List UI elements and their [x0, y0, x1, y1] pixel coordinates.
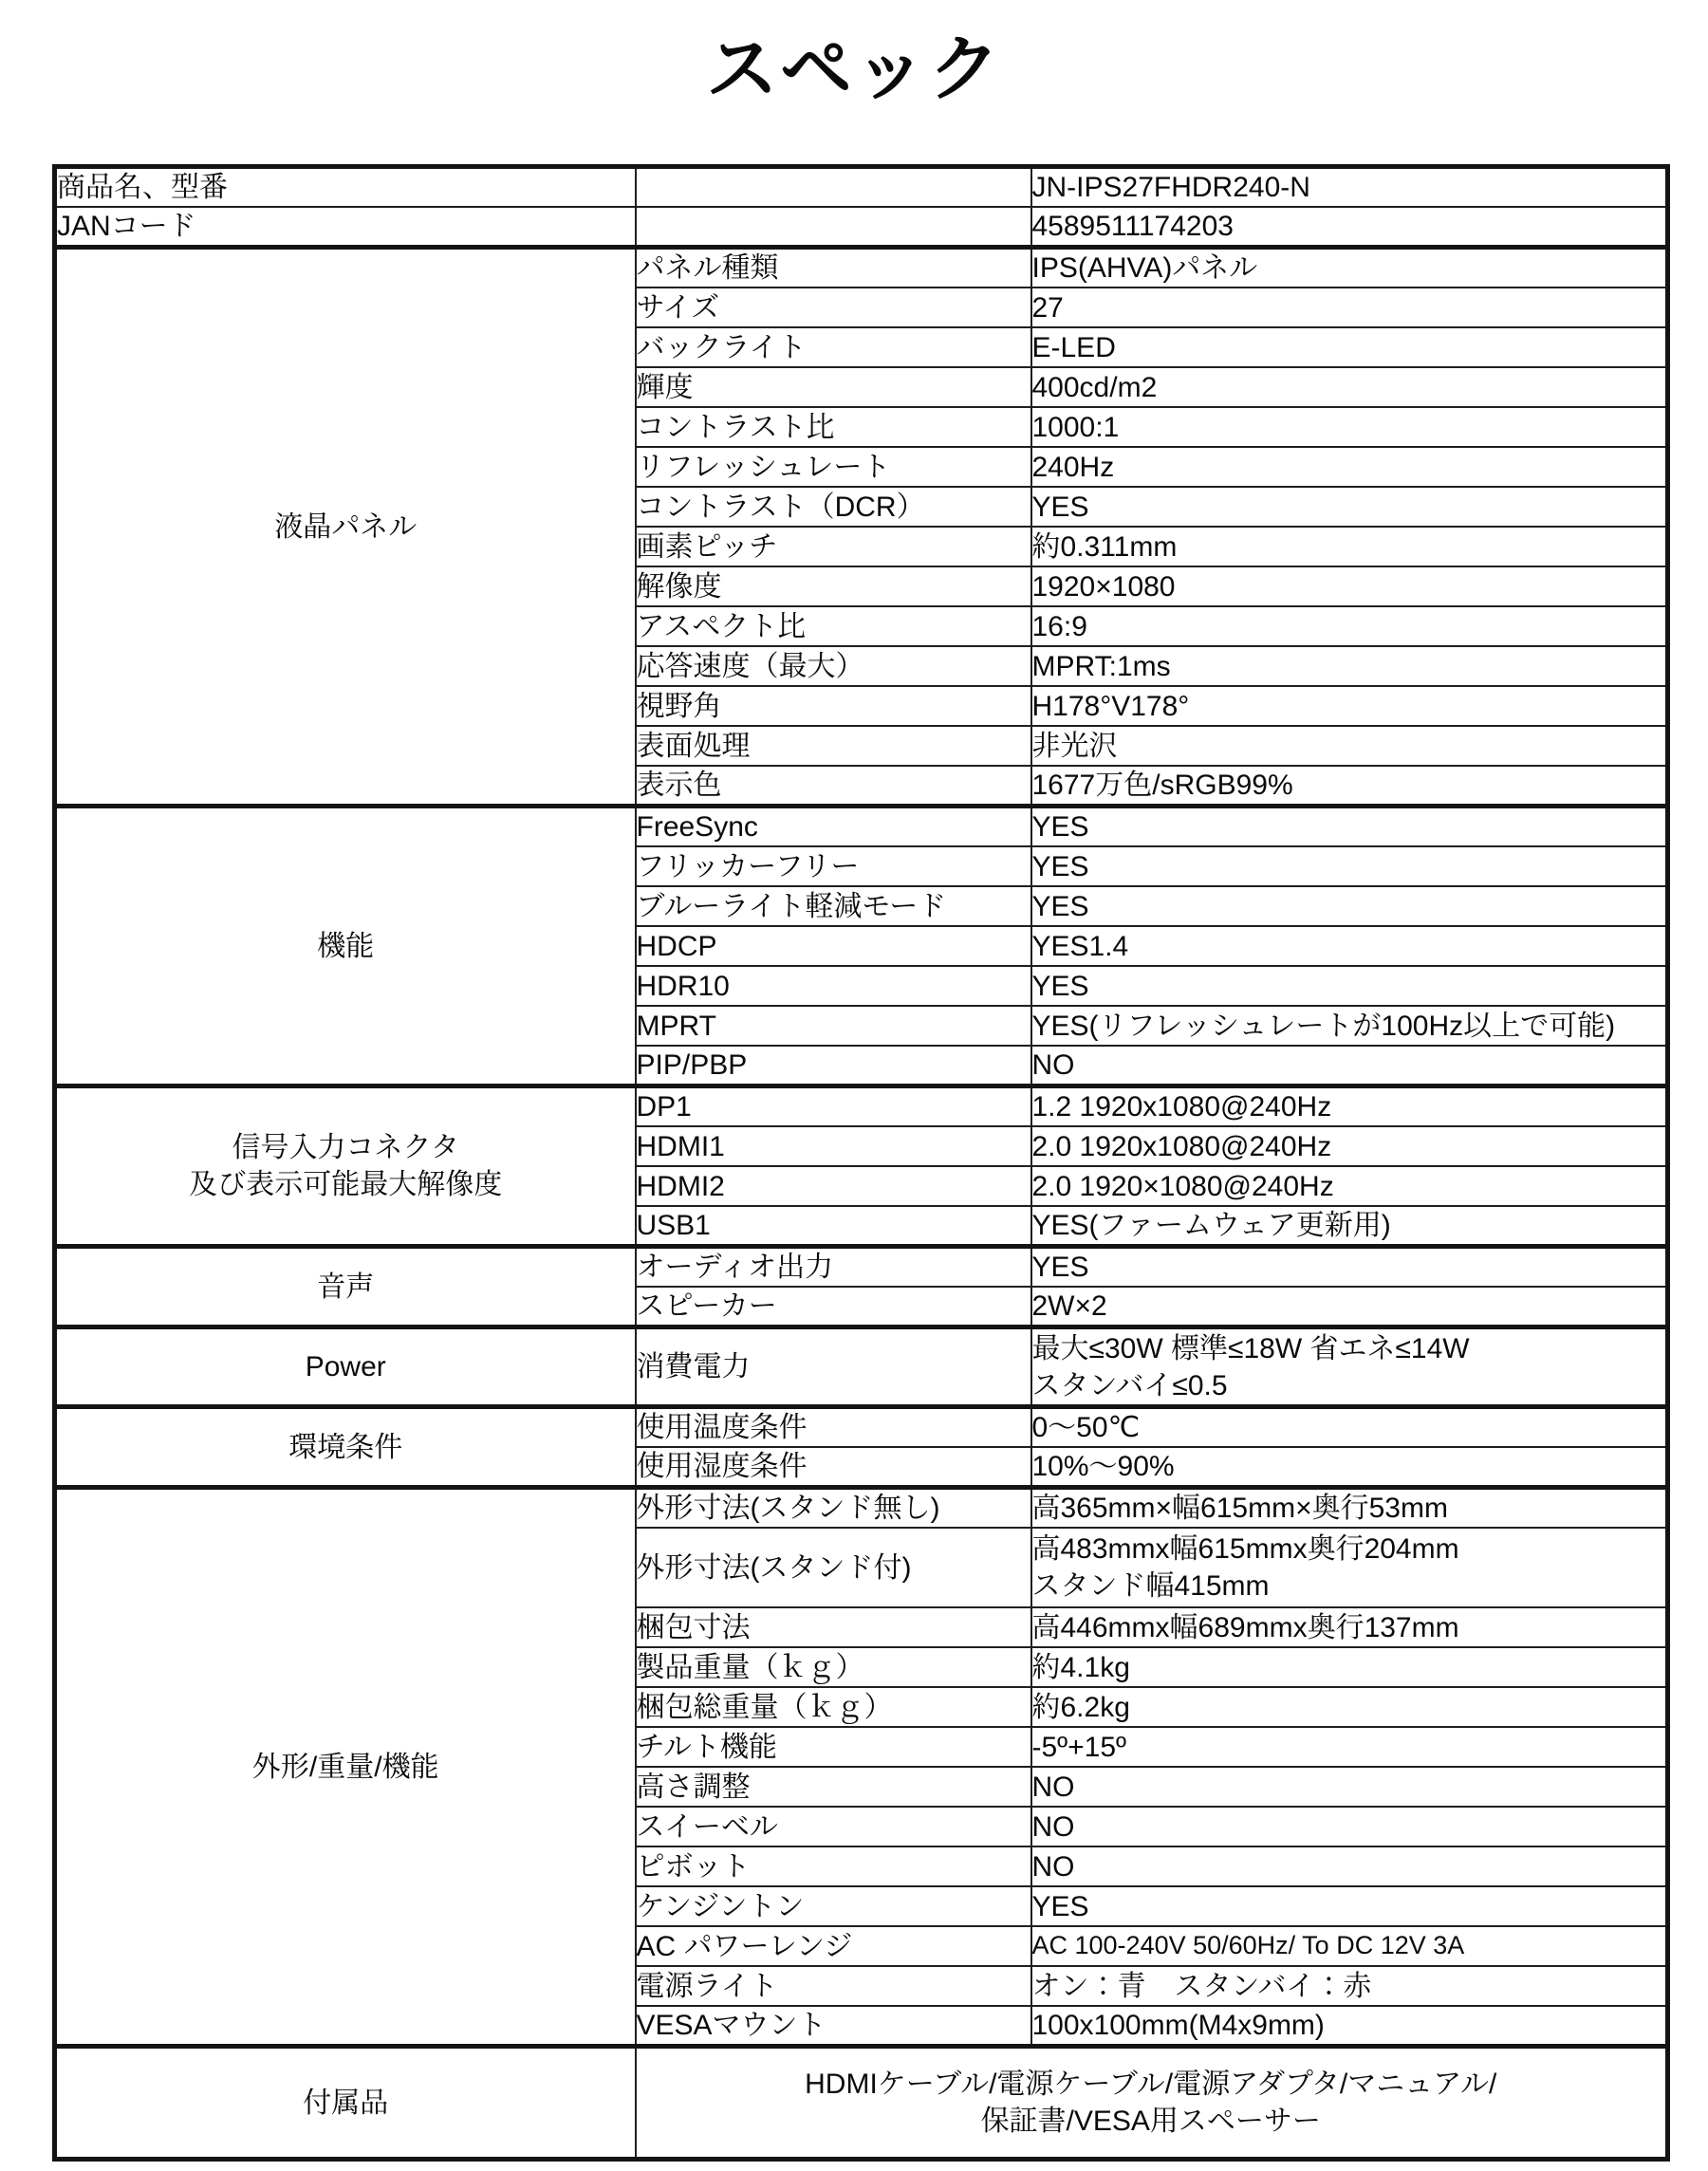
spec-value-cell: オン：青 スタンバイ：赤 [1031, 1966, 1668, 2006]
spec-category-cell: 付属品 [55, 2047, 636, 2160]
spec-table: 商品名、型番JN-IPS27FHDR240-NJANコード45895111742… [52, 164, 1670, 2162]
spec-sheet: スペック 商品名、型番JN-IPS27FHDR240-NJANコード458951… [0, 0, 1708, 2171]
spec-value-cell: NO [1031, 1846, 1668, 1886]
spec-attr-cell: リフレッシュレート [636, 447, 1031, 487]
spec-value-cell: 1.2 1920x1080@240Hz [1031, 1086, 1668, 1127]
spec-value-cell: YES [1031, 487, 1668, 527]
spec-attr-cell: HDMI1 [636, 1126, 1031, 1166]
spec-attr-cell: 商品名、型番 [55, 167, 636, 208]
spec-attr-cell: 表示色 [636, 766, 1031, 807]
spec-value-cell: 最大≤30W 標準≤18W 省エネ≤14W スタンバイ≤0.5 [1031, 1327, 1668, 1407]
spec-value-cell: -5º+15º [1031, 1727, 1668, 1767]
spec-row: 外形/重量/機能外形寸法(スタンド無し)高365mm×幅615mm×奥行53mm [55, 1488, 1668, 1529]
spec-value-cell: 約6.2kg [1031, 1687, 1668, 1727]
spec-value-cell: 0～50℃ [1031, 1407, 1668, 1448]
spec-value-cell: 16:9 [1031, 606, 1668, 646]
spec-value-cell: YES1.4 [1031, 926, 1668, 966]
spec-attr-cell: 輝度 [636, 367, 1031, 407]
spec-attr-cell: FreeSync [636, 807, 1031, 847]
spec-category-cell: 機能 [55, 807, 636, 1086]
spec-attr-cell: 使用温度条件 [636, 1407, 1031, 1448]
spec-attr-cell: 表面処理 [636, 726, 1031, 766]
spec-attr-cell: AC パワーレンジ [636, 1926, 1031, 1966]
spec-attr-cell: JANコード [55, 207, 636, 248]
spec-value-cell: 27 [1031, 288, 1668, 327]
spec-attr-cell: サイズ [636, 288, 1031, 327]
spec-attr-cell: パネル種類 [636, 248, 1031, 288]
spec-value-cell: 100x100mm(M4x9mm) [1031, 2006, 1668, 2047]
spec-value-cell: YES [1031, 1886, 1668, 1926]
spec-attr-cell: 消費電力 [636, 1327, 1031, 1407]
spec-value-cell: 約0.311mm [1031, 527, 1668, 566]
spec-row: 液晶パネルパネル種類IPS(AHVA)パネル [55, 248, 1668, 288]
spec-attr-cell: 高さ調整 [636, 1767, 1031, 1807]
spec-value-cell: YES [1031, 966, 1668, 1006]
spec-value-cell: 2.0 1920x1080@240Hz [1031, 1126, 1668, 1166]
spec-attr-cell: DP1 [636, 1086, 1031, 1127]
spec-attr-cell: ピボット [636, 1846, 1031, 1886]
spec-attr-cell: 画素ピッチ [636, 527, 1031, 566]
spec-attr-cell: 梱包総重量（ｋｇ） [636, 1687, 1031, 1727]
spec-value-cell: YES [1031, 807, 1668, 847]
spec-value-cell: YES [1031, 886, 1668, 926]
spec-attr-cell: 応答速度（最大） [636, 646, 1031, 686]
spec-value-cell: YES(リフレッシュレートが100Hz以上で可能) [1031, 1006, 1668, 1046]
spec-value-cell: 240Hz [1031, 447, 1668, 487]
spec-value-cell: AC 100-240V 50/60Hz/ To DC 12V 3A [1031, 1926, 1668, 1966]
spec-value-cell: JN-IPS27FHDR240-N [1031, 167, 1668, 208]
spec-attr-cell: 使用湿度条件 [636, 1447, 1031, 1488]
spec-empty-cell [636, 207, 1031, 248]
spec-attr-cell: スピーカー [636, 1287, 1031, 1327]
spec-accessories-cell: HDMIケーブル/電源ケーブル/電源アダプタ/マニュアル/ 保証書/VESA用ス… [636, 2047, 1668, 2160]
spec-attr-cell: PIP/PBP [636, 1046, 1031, 1086]
spec-row: 機能FreeSyncYES [55, 807, 1668, 847]
spec-attr-cell: フリッカーフリー [636, 846, 1031, 886]
spec-attr-cell: コントラスト（DCR） [636, 487, 1031, 527]
spec-attr-cell: アスペクト比 [636, 606, 1031, 646]
spec-attr-cell: 外形寸法(スタンド無し) [636, 1488, 1031, 1529]
spec-value-cell: NO [1031, 1767, 1668, 1807]
spec-attr-cell: HDR10 [636, 966, 1031, 1006]
spec-value-cell: E-LED [1031, 327, 1668, 367]
spec-category-cell: 環境条件 [55, 1407, 636, 1488]
spec-value-cell: 高483mmx幅615mmx奥行204mm スタンド幅415mm [1031, 1528, 1668, 1607]
spec-value-cell: YES(ファームウェア更新用) [1031, 1206, 1668, 1247]
spec-value-cell: 1677万色/sRGB99% [1031, 766, 1668, 807]
spec-value-cell: 非光沢 [1031, 726, 1668, 766]
spec-value-cell: 400cd/m2 [1031, 367, 1668, 407]
spec-attr-cell: ケンジントン [636, 1886, 1031, 1926]
spec-value-cell: 高446mmx幅689mmx奥行137mm [1031, 1607, 1668, 1647]
spec-attr-cell: チルト機能 [636, 1727, 1031, 1767]
spec-value-cell: YES [1031, 1247, 1668, 1288]
spec-attr-cell: バックライト [636, 327, 1031, 367]
spec-value-cell: 1000:1 [1031, 407, 1668, 447]
spec-row: 環境条件使用温度条件0～50℃ [55, 1407, 1668, 1448]
spec-category-cell: 音声 [55, 1247, 636, 1327]
spec-row: JANコード4589511174203 [55, 207, 1668, 248]
spec-attr-cell: USB1 [636, 1206, 1031, 1247]
spec-table-rows: 商品名、型番JN-IPS27FHDR240-NJANコード45895111742… [55, 167, 1668, 2160]
spec-attr-cell: VESAマウント [636, 2006, 1031, 2047]
spec-row: 信号入力コネクタ 及び表示可能最大解像度DP11.2 1920x1080@240… [55, 1086, 1668, 1127]
spec-value-cell: 1920×1080 [1031, 566, 1668, 606]
page-title: スペック [0, 11, 1708, 115]
spec-attr-cell: HDMI2 [636, 1166, 1031, 1206]
spec-value-cell: 2.0 1920×1080@240Hz [1031, 1166, 1668, 1206]
spec-row: Power消費電力最大≤30W 標準≤18W 省エネ≤14W スタンバイ≤0.5 [55, 1327, 1668, 1407]
spec-attr-cell: 梱包寸法 [636, 1607, 1031, 1647]
spec-value-cell: 10%～90% [1031, 1447, 1668, 1488]
spec-attr-cell: 解像度 [636, 566, 1031, 606]
spec-attr-cell: 視野角 [636, 686, 1031, 726]
spec-attr-cell: 電源ライト [636, 1966, 1031, 2006]
spec-category-cell: 信号入力コネクタ 及び表示可能最大解像度 [55, 1086, 636, 1247]
spec-value-cell: H178°V178° [1031, 686, 1668, 726]
spec-attr-cell: HDCP [636, 926, 1031, 966]
spec-category-cell: Power [55, 1327, 636, 1407]
spec-attr-cell: オーディオ出力 [636, 1247, 1031, 1288]
spec-value-cell: NO [1031, 1046, 1668, 1086]
spec-value-cell: 2W×2 [1031, 1287, 1668, 1327]
spec-value-cell: MPRT:1ms [1031, 646, 1668, 686]
spec-row: 商品名、型番JN-IPS27FHDR240-N [55, 167, 1668, 208]
spec-attr-cell: ブルーライト軽減モード [636, 886, 1031, 926]
spec-attr-cell: 製品重量（ｋｇ） [636, 1647, 1031, 1687]
spec-value-cell: NO [1031, 1807, 1668, 1846]
spec-row: 音声オーディオ出力YES [55, 1247, 1668, 1288]
spec-empty-cell [636, 167, 1031, 208]
spec-value-cell: IPS(AHVA)パネル [1031, 248, 1668, 288]
spec-value-cell: YES [1031, 846, 1668, 886]
spec-value-cell: 4589511174203 [1031, 207, 1668, 248]
spec-value-cell: 約4.1kg [1031, 1647, 1668, 1687]
spec-attr-cell: スイーベル [636, 1807, 1031, 1846]
spec-attr-cell: コントラスト比 [636, 407, 1031, 447]
spec-row: 付属品HDMIケーブル/電源ケーブル/電源アダプタ/マニュアル/ 保証書/VES… [55, 2047, 1668, 2160]
spec-category-cell: 液晶パネル [55, 248, 636, 807]
spec-attr-cell: 外形寸法(スタンド付) [636, 1528, 1031, 1607]
spec-value-cell: 高365mm×幅615mm×奥行53mm [1031, 1488, 1668, 1529]
spec-category-cell: 外形/重量/機能 [55, 1488, 636, 2047]
spec-attr-cell: MPRT [636, 1006, 1031, 1046]
